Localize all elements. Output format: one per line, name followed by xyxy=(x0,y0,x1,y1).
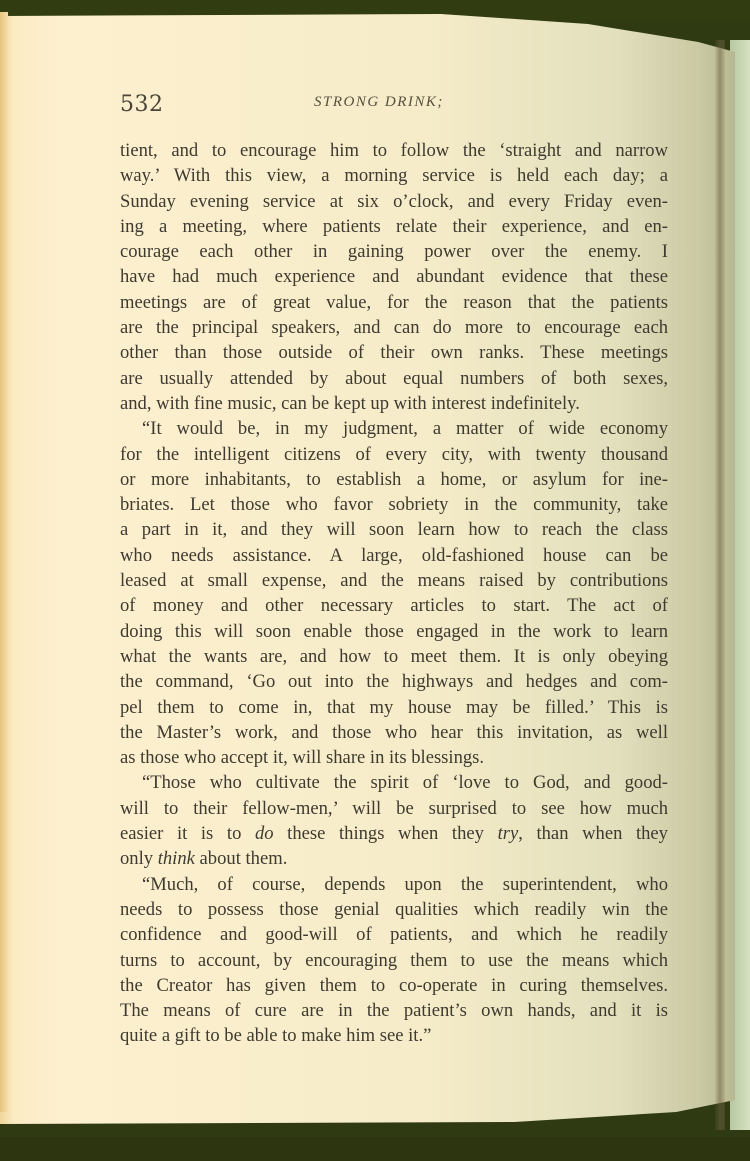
text-line: pel them to come in, that my house may b… xyxy=(120,695,668,720)
text-run: about them. xyxy=(195,848,287,869)
paragraph-start-line: “Much, of course, depends upon the super… xyxy=(120,872,668,897)
text-line: briates. Let those who favor sobriety in… xyxy=(120,492,668,517)
emphasis-try: try xyxy=(498,823,519,844)
text-line: a part in it, and they will soon learn h… xyxy=(120,517,668,542)
text-run: these things when they xyxy=(274,823,498,844)
text-line: the Creator has given them to co-operate… xyxy=(120,973,668,998)
text-line: are usually attended by about equal numb… xyxy=(120,366,668,391)
paragraph-end-line: quite a gift to be able to make him see … xyxy=(120,1023,668,1048)
text-line: other than those outside of their own ra… xyxy=(120,340,668,365)
text-line: the command, ‘Go out into the highways a… xyxy=(120,669,668,694)
text-line: or more inhabitants, to establish a home… xyxy=(120,467,668,492)
text-line: Sunday evening service at six o’clock, a… xyxy=(120,189,668,214)
text-line: will to their fellow-men,’ will be surpr… xyxy=(120,796,668,821)
page-body: tient, and to encourage him to follow th… xyxy=(120,138,668,1049)
text-line: what the wants are, and how to meet them… xyxy=(120,644,668,669)
text-line: easier it is to do these things when the… xyxy=(120,821,668,846)
text-line: doing this will soon enable those engage… xyxy=(120,619,668,644)
text-line: who needs assistance. A large, old-fashi… xyxy=(120,543,668,568)
page-left-edge xyxy=(0,12,8,1112)
text-run: only xyxy=(120,848,158,869)
running-header: 532 STRONG DRINK; xyxy=(120,92,680,126)
text-line: courage each other in gaining power over… xyxy=(120,239,668,264)
text-line: for the intelligent citizens of every ci… xyxy=(120,442,668,467)
text-line: turns to account, by encouraging them to… xyxy=(120,948,668,973)
page-number: 532 xyxy=(120,92,164,117)
text-line: of money and other necessary articles to… xyxy=(120,593,668,618)
paragraph-start-line: “Those who cultivate the spirit of ‘love… xyxy=(120,770,668,795)
paragraph-end-line: and, with fine music, can be kept up wit… xyxy=(120,391,668,416)
paragraph-start-line: “It would be, in my judgment, a matter o… xyxy=(120,416,668,441)
text-run: easier it is to xyxy=(120,823,255,844)
emphasis-do: do xyxy=(255,823,274,844)
paragraph-end-line: as those who accept it, will share in it… xyxy=(120,745,668,770)
text-line: needs to possess those genial qualities … xyxy=(120,897,668,922)
text-line: have had much experience and abundant ev… xyxy=(120,264,668,289)
text-line: way.’ With this view, a morning service … xyxy=(120,163,668,188)
paragraph-end-line: only think about them. xyxy=(120,846,668,871)
text-line: ing a meeting, where patients relate the… xyxy=(120,214,668,239)
running-title: STRONG DRINK; xyxy=(314,94,444,111)
text-line: meetings are of great value, for the rea… xyxy=(120,290,668,315)
text-line: The means of cure are in the patient’s o… xyxy=(120,998,668,1023)
text-line: leased at small expense, and the means r… xyxy=(120,568,668,593)
text-line: confidence and good-will of patients, an… xyxy=(120,922,668,947)
binding-shadow xyxy=(715,40,725,1130)
text-run: , than when they xyxy=(518,823,668,844)
emphasis-think: think xyxy=(158,848,195,869)
text-line: the Master’s work, and those who hear th… xyxy=(120,720,668,745)
text-line: tient, and to encourage him to follow th… xyxy=(120,138,668,163)
text-line: are the principal speakers, and can do m… xyxy=(120,315,668,340)
background-bottom xyxy=(0,1137,750,1161)
